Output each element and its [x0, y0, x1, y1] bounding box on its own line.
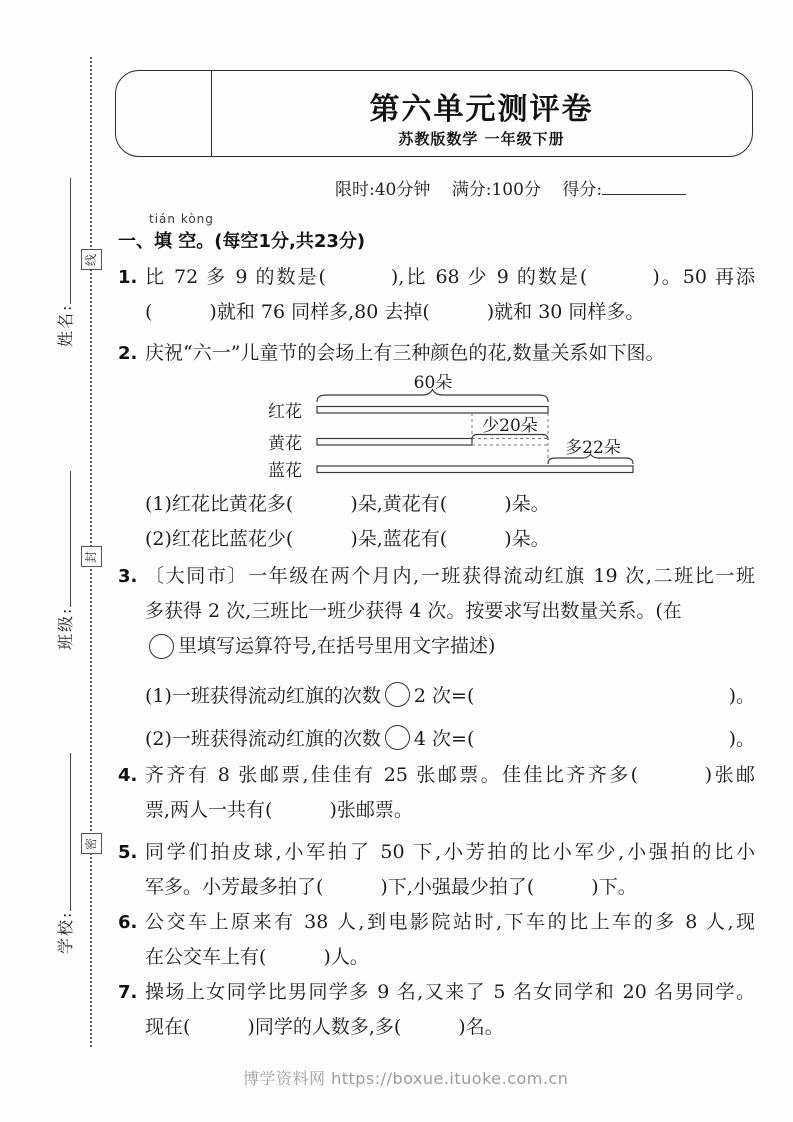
question-3-text: 〔大同市〕一年级在两个月内,一班获得流动红旗 19 次,二班比一班 多获得 2 … [145, 559, 755, 664]
school-label: 学校: [56, 911, 75, 954]
question-6: 6. 公交车上原来有 38 人,到电影院站时,下车的比上车的多 8 人,现 在公… [118, 905, 755, 975]
school-field: 学校: [53, 730, 74, 954]
seal-char-mi: 密 [85, 837, 97, 849]
diagram-less-label: 少20朵 [482, 416, 538, 436]
question-4: 4. 齐齐有 8 张邮票,佳佳有 25 张邮票。佳佳比齐齐多( )张邮 票,两人… [118, 758, 755, 828]
question-2: 2. 庆祝“六一”儿童节的会场上有三种颜色的花,数量关系如下图。 [118, 336, 755, 371]
seal-box-line: 线 [81, 249, 102, 270]
question-line: 庆祝“六一”儿童节的会场上有三种颜色的花,数量关系如下图。 [145, 336, 755, 371]
time-limit-label: 限时:40分钟 [335, 180, 430, 200]
seal-box-mi: 密 [81, 833, 102, 854]
name-field: 姓名: [53, 155, 74, 347]
yellow-flower-bar [317, 439, 472, 446]
question-1-number: 1. [118, 260, 145, 330]
title-box: 第六单元测评卷 苏教版数学 一年级下册 [115, 70, 753, 157]
question-3-number: 3. [118, 559, 145, 664]
operator-circle-icon [385, 682, 410, 707]
question-5: 5. 同学们拍皮球,小军拍了 50 下,小芳拍的比小军少,小强拍的比小 军多。小… [118, 835, 755, 905]
question-6-number: 6. [118, 905, 145, 975]
red-flower-bar [317, 407, 548, 414]
question-line: 齐齐有 8 张邮票,佳佳有 25 张邮票。佳佳比齐齐多( )张邮 [145, 758, 755, 793]
question-line: ( )就和 76 同样多,80 去掉( )就和 30 同样多。 [145, 295, 755, 330]
sub-text: )。 [729, 724, 755, 751]
section-pinyin: tián kòng [149, 212, 214, 226]
question-line: 在公交车上有( )人。 [145, 940, 755, 975]
sub-text: (1)一班获得流动红旗的次数 [145, 681, 381, 708]
question-5-number: 5. [118, 835, 145, 905]
question-line-text: 里填写运算符号,在括号里用文字描述) [178, 629, 495, 664]
question-7-text: 操场上女同学比男同学多 9 名,又来了 5 名女同学和 20 名男同学。 现在(… [145, 975, 755, 1045]
seal-box-feng: 封 [81, 546, 102, 567]
red-flower-label: 红花 [268, 402, 302, 422]
question-5-text: 同学们拍皮球,小军拍了 50 下,小芳拍的比小军少,小强拍的比小 军多。小芳最多… [145, 835, 755, 905]
paper-title: 第六单元测评卷 [211, 84, 752, 128]
sub-text: 4 次=( [414, 724, 474, 751]
question-4-number: 4. [118, 758, 145, 828]
school-blank-line [54, 753, 71, 911]
test-paper-page: 姓名: 班级: 学校: 线 封 密 第六单元测评卷 苏教版数学 一年级下册 限时… [0, 0, 793, 1122]
question-line: 军多。小芳最多拍了( )下,小强最少拍了( )下。 [145, 870, 755, 905]
question-2-number: 2. [118, 336, 145, 371]
question-3-sub-1: (1)一班获得流动红旗的次数 2 次=( )。 [145, 677, 755, 711]
score-blank-line [602, 179, 686, 195]
question-1: 1. 比 72 多 9 的数是( ),比 68 少 9 的数是( )。50 再添… [118, 260, 755, 330]
exam-info-line: 限时:40分钟 满分:100分 得分: [335, 175, 686, 200]
full-score-label: 满分:100分 [452, 180, 541, 200]
class-label: 班级: [56, 607, 75, 650]
yellow-flower-label: 黄花 [268, 434, 302, 454]
sub-text: 2 次=( [414, 681, 474, 708]
question-2-text: 庆祝“六一”儿童节的会场上有三种颜色的花,数量关系如下图。 [145, 336, 755, 371]
question-7: 7. 操场上女同学比男同学多 9 名,又来了 5 名女同学和 20 名男同学。 … [118, 975, 755, 1045]
footer-watermark: 博学资料网 https://boxue.ituoke.com.cn [243, 1066, 568, 1089]
question-6-text: 公交车上原来有 38 人,到电影院站时,下车的比上车的多 8 人,现 在公交车上… [145, 905, 755, 975]
blue-flower-bar [317, 466, 633, 473]
sub-text: (2)一班获得流动红旗的次数 [145, 724, 381, 751]
section-heading: 一、填 空。(每空1分,共23分) [118, 227, 365, 253]
question-2-sub-1: (1)红花比黄花多( )朵,黄花有( )朵。 [145, 487, 755, 522]
question-line: 操场上女同学比男同学多 9 名,又来了 5 名女同学和 20 名男同学。 [145, 975, 755, 1010]
question-line: 现在( )同学的人数多,多( )名。 [145, 1010, 755, 1045]
question-line: 票,两人一共有( )张邮票。 [145, 793, 755, 828]
name-blank-line [54, 178, 71, 304]
question-line: 多获得 2 次,三班比一班少获得 4 次。按要求写出数量关系。(在 [145, 594, 755, 629]
question-1-text: 比 72 多 9 的数是( ),比 68 少 9 的数是( )。50 再添 ( … [145, 260, 755, 330]
score-label: 得分: [562, 180, 602, 200]
question-line: 里填写运算符号,在括号里用文字描述) [145, 629, 755, 664]
flower-bar-diagram: 60朵 红花 少20朵 黄花 多22朵 蓝花 [250, 372, 650, 480]
operator-circle-icon [385, 725, 410, 750]
seal-char-feng: 封 [85, 550, 97, 562]
seal-char-line: 线 [85, 253, 97, 265]
question-2-sub-2: (2)红花比蓝花少( )朵,蓝花有( )朵。 [145, 522, 755, 557]
operator-circle-icon [149, 634, 174, 659]
question-4-text: 齐齐有 8 张邮票,佳佳有 25 张邮票。佳佳比齐齐多( )张邮 票,两人一共有… [145, 758, 755, 828]
sub-text: )。 [729, 681, 755, 708]
class-field: 班级: [53, 448, 74, 650]
question-3-sub-2: (2)一班获得流动红旗的次数 4 次=( )。 [145, 720, 755, 754]
question-line: 〔大同市〕一年级在两个月内,一班获得流动红旗 19 次,二班比一班 [145, 559, 755, 594]
question-7-number: 7. [118, 975, 145, 1045]
question-line: 同学们拍皮球,小军拍了 50 下,小芳拍的比小军少,小强拍的比小 [145, 835, 755, 870]
diagram-more-label: 多22朵 [565, 438, 621, 458]
class-blank-line [54, 471, 71, 607]
paper-subtitle: 苏教版数学 一年级下册 [211, 128, 752, 149]
name-label: 姓名: [56, 304, 75, 347]
blue-flower-label: 蓝花 [268, 460, 302, 480]
question-3: 3. 〔大同市〕一年级在两个月内,一班获得流动红旗 19 次,二班比一班 多获得… [118, 559, 755, 664]
question-line: 公交车上原来有 38 人,到电影院站时,下车的比上车的多 8 人,现 [145, 905, 755, 940]
question-line: 比 72 多 9 的数是( ),比 68 少 9 的数是( )。50 再添 [145, 260, 755, 295]
